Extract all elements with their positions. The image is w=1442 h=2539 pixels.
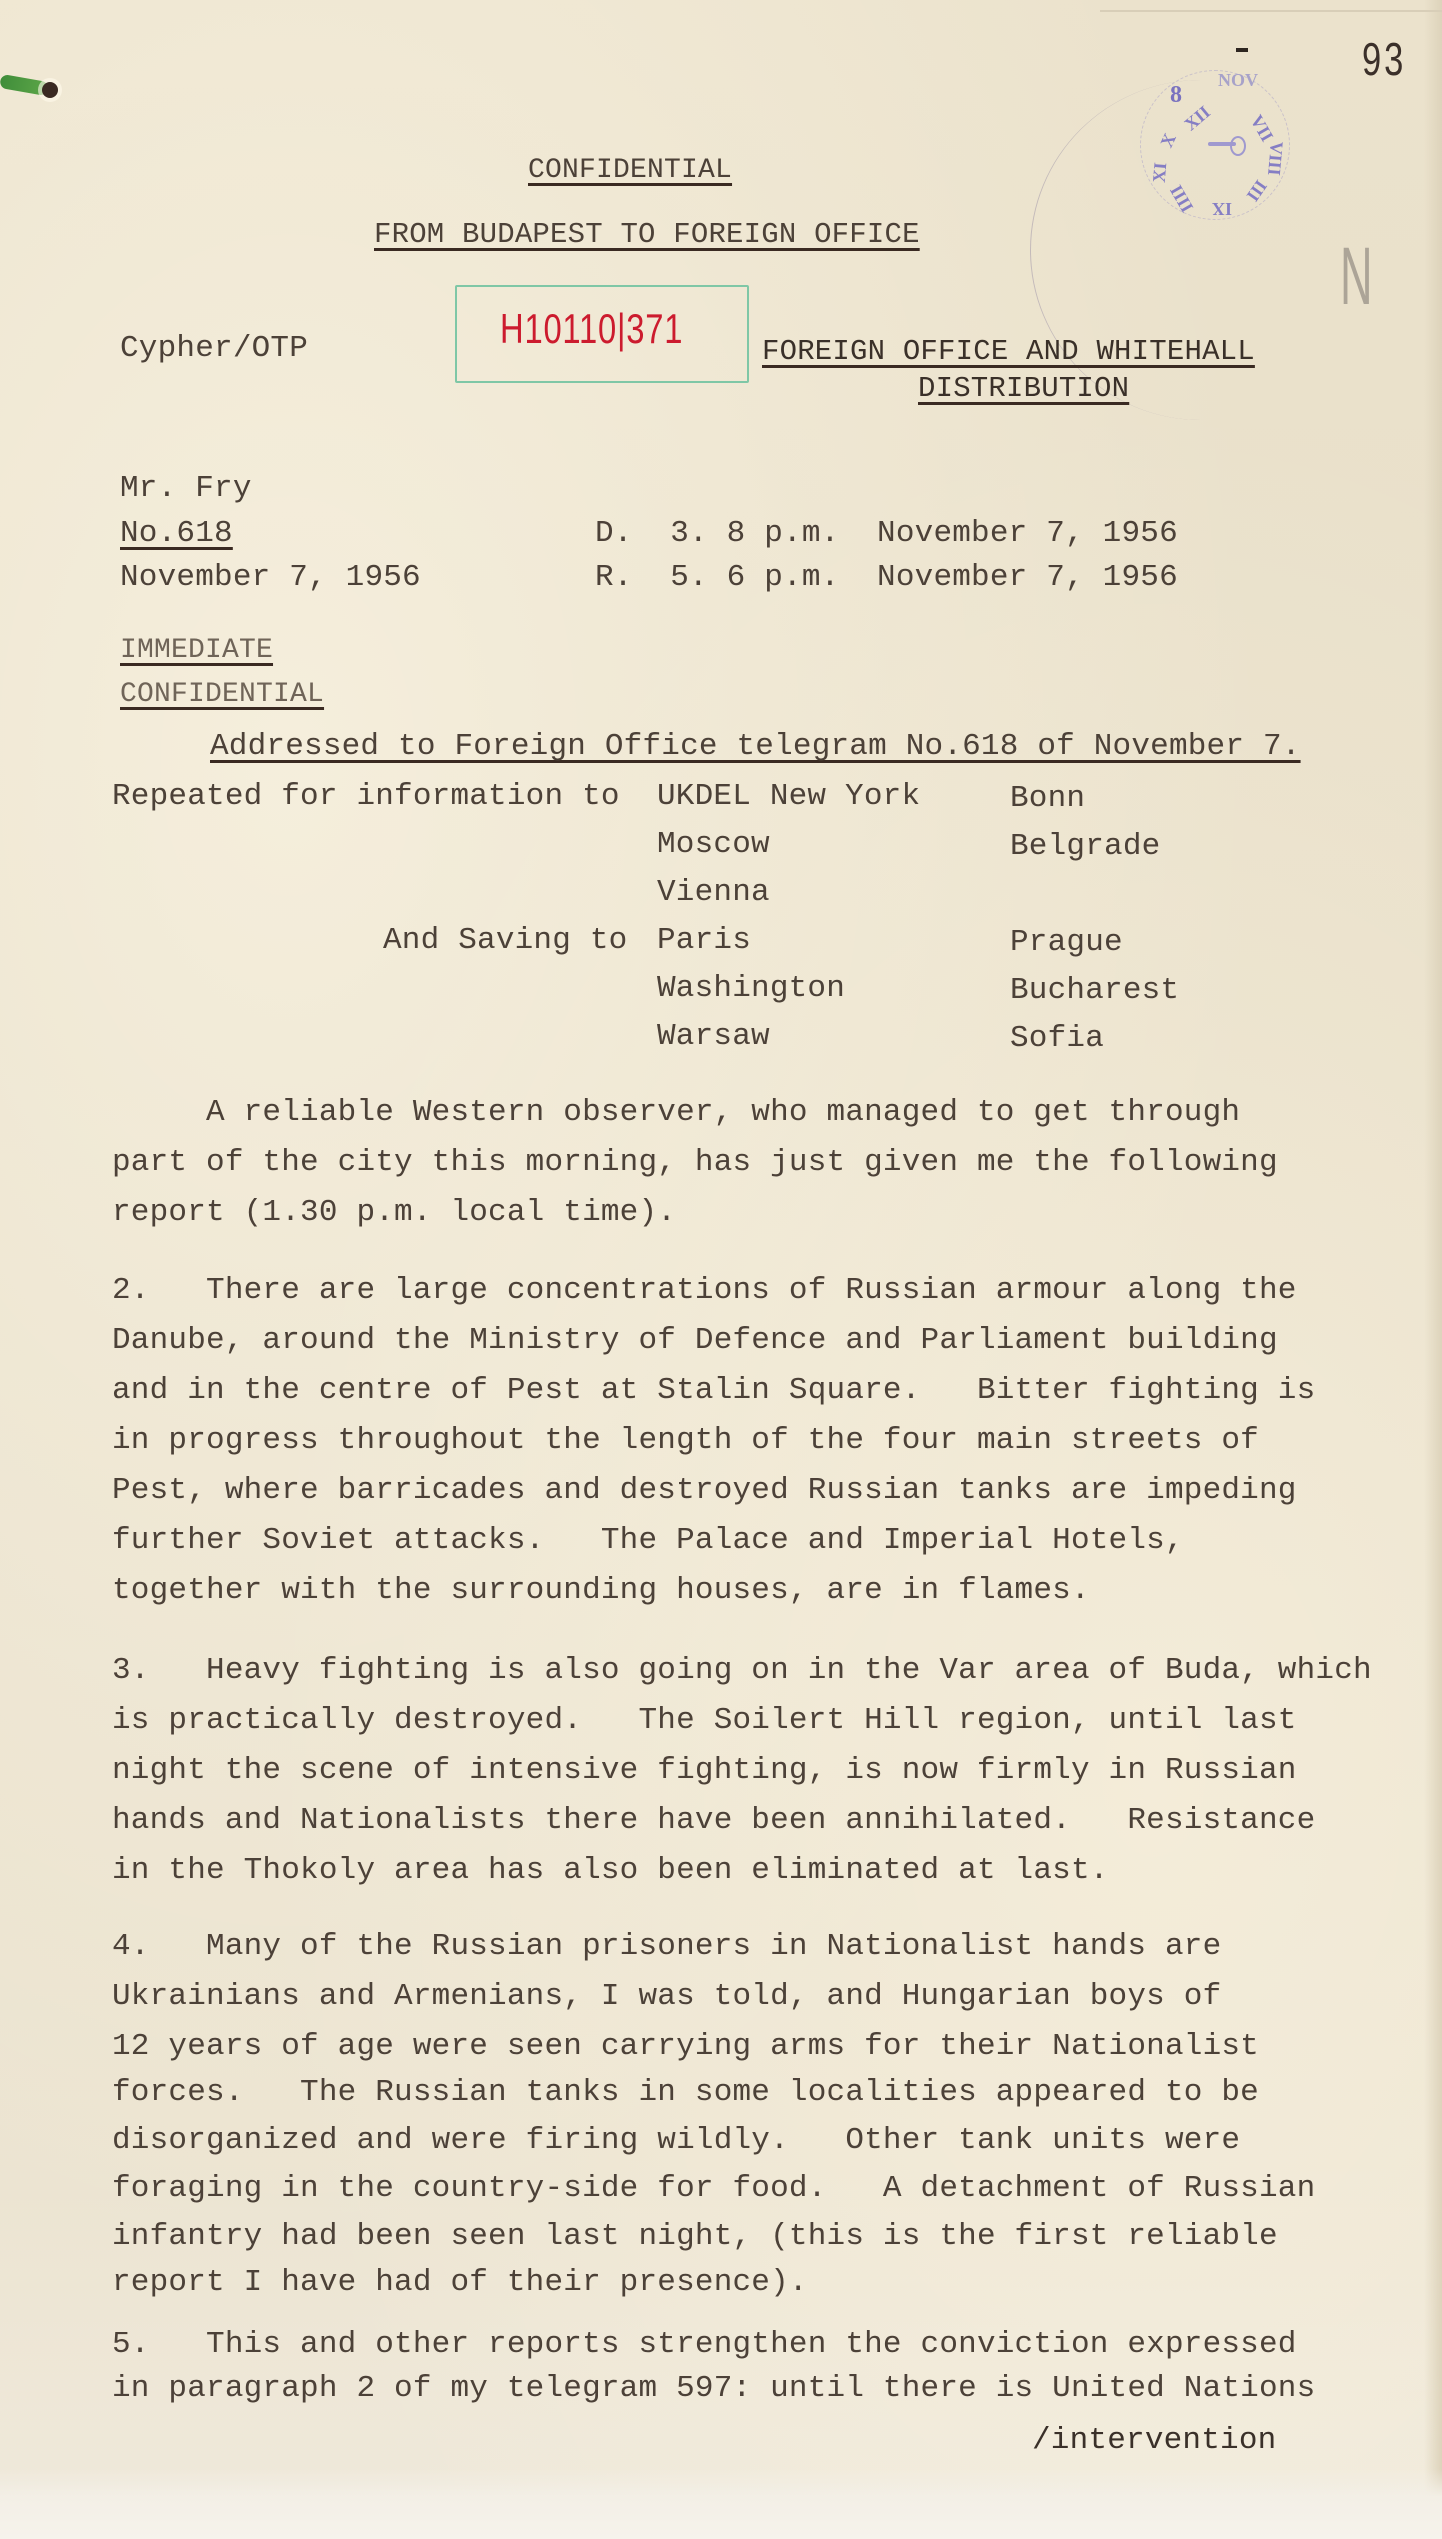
body-line: 5. This and other reports strengthen the… (112, 2326, 1297, 2364)
catchword: /intervention (1032, 2422, 1276, 2460)
stamp-day: 8 (1170, 82, 1182, 109)
addressed-line: Addressed to Foreign Office telegram No.… (210, 728, 1301, 766)
repeated-post: Moscow (657, 826, 770, 864)
stamp-clock-hub (1230, 136, 1246, 156)
body-line: part of the city this morning, has just … (112, 1144, 1278, 1182)
repeated-post: Belgrade (1010, 828, 1160, 866)
saving-post: Sofia (1010, 1020, 1104, 1058)
underlying-page-strip (1100, 0, 1442, 12)
body-line: is practically destroyed. The Soilert Hi… (112, 1702, 1297, 1740)
body-line: Pest, where barricades and destroyed Rus… (112, 1472, 1297, 1510)
saving-prefix: And Saving to (383, 922, 627, 960)
priority-label: IMMEDIATE (120, 632, 273, 670)
punch-hole-icon (42, 82, 58, 98)
body-line: in the Thokoly area has also been elimin… (112, 1852, 1109, 1890)
registry-date-stamp-icon: 8 NOV XII X XI IIII IX III VIII VII (1140, 70, 1290, 220)
body-line: Ukrainians and Armenians, I was told, an… (112, 1978, 1221, 2016)
stamp-numeral: IX (1212, 198, 1232, 219)
body-line: report I have had of their presence). (112, 2264, 808, 2302)
telegram-date: November 7, 1956 (120, 559, 421, 597)
classification-label: CONFIDENTIAL (120, 676, 324, 714)
body-line: night the scene of intensive fighting, i… (112, 1752, 1297, 1790)
page-bottom-edge (0, 2469, 1442, 2539)
stamp-month: NOV (1218, 70, 1258, 91)
received-time: R. 5. 6 p.m. November 7, 1956 (595, 559, 1178, 597)
page-right-edge (1424, 0, 1442, 2539)
body-line: foraging in the country-side for food. A… (112, 2170, 1315, 2208)
repeated-post: Bonn (1010, 780, 1085, 818)
folio-page-number: 93 (1362, 32, 1406, 86)
distribution-heading-line1: FOREIGN OFFICE AND WHITEHALL (762, 333, 1255, 371)
body-line: 2. There are large concentrations of Rus… (112, 1272, 1297, 1310)
body-line: A reliable Western observer, who managed… (112, 1094, 1240, 1132)
saving-post: Warsaw (657, 1018, 770, 1056)
body-line: 12 years of age were seen carrying arms … (112, 2028, 1259, 2066)
body-line: disorganized and were firing wildly. Oth… (112, 2122, 1240, 2160)
cypher-label: Cypher/OTP (120, 330, 308, 368)
repeated-prefix: Repeated for information to (112, 778, 620, 816)
body-line: forces. The Russian tanks in some locali… (112, 2074, 1259, 2112)
pencil-annotation: N (1340, 230, 1373, 324)
body-line: in paragraph 2 of my telegram 597: until… (112, 2370, 1315, 2408)
body-line: and in the centre of Pest at Stalin Squa… (112, 1372, 1315, 1410)
saving-post: Paris (657, 922, 751, 960)
route-heading: FROM BUDAPEST TO FOREIGN OFFICE (374, 216, 920, 254)
saving-post: Bucharest (1010, 972, 1179, 1010)
stamp-numeral: XI (1149, 162, 1172, 184)
despatched-time: D. 3. 8 p.m. November 7, 1956 (595, 515, 1178, 553)
classification-heading: CONFIDENTIAL (528, 152, 732, 190)
saving-post: Washington (657, 970, 845, 1008)
ink-dash-mark (1236, 48, 1248, 52)
body-line: Danube, around the Ministry of Defence a… (112, 1322, 1278, 1360)
body-line: further Soviet attacks. The Palace and I… (112, 1522, 1184, 1560)
repeated-post: UKDEL New York (657, 778, 920, 816)
saving-post: Prague (1010, 924, 1123, 962)
stamp-numeral: VIII (1263, 141, 1287, 177)
repeated-post: Vienna (657, 874, 770, 912)
body-line: 4. Many of the Russian prisoners in Nati… (112, 1928, 1221, 1966)
body-line: in progress throughout the length of the… (112, 1422, 1259, 1460)
telegram-number: No.618 (120, 515, 233, 553)
body-line: together with the surrounding houses, ar… (112, 1572, 1090, 1610)
body-line: report (1.30 p.m. local time). (112, 1194, 676, 1232)
sender-name: Mr. Fry (120, 470, 252, 508)
distribution-heading-line2: DISTRIBUTION (918, 370, 1129, 408)
registry-reference-number: H10110|371 (500, 305, 683, 353)
body-line: hands and Nationalists there have been a… (112, 1802, 1315, 1840)
body-line: 3. Heavy fighting is also going on in th… (112, 1652, 1372, 1690)
body-line: infantry had been seen last night, (this… (112, 2218, 1278, 2256)
